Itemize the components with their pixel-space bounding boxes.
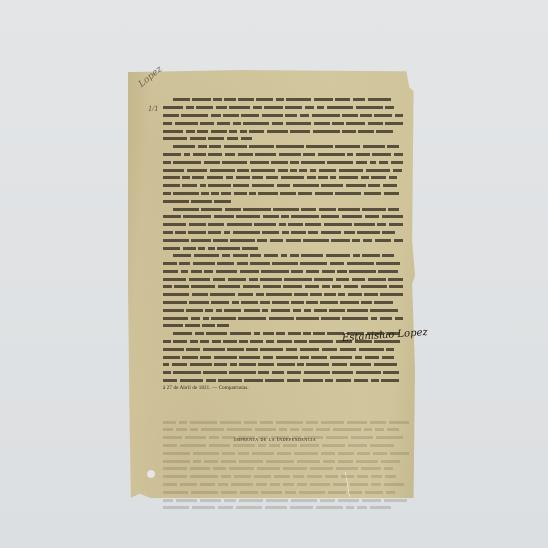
- paragraph: [163, 253, 409, 331]
- printer-imprint: Imprenta de la Independencia: [234, 437, 316, 443]
- closing-date-line: á 27 de Abril de 1821. — Compatriotas.: [163, 385, 409, 393]
- paragraph: [163, 206, 409, 253]
- show-through-text: [163, 419, 409, 513]
- paragraph: [163, 97, 409, 144]
- paper-damage-hole: [147, 470, 155, 478]
- document-body-text: á 27 de Abril de 1821. — Compatriotas.: [163, 97, 409, 513]
- handwritten-annotation-number: 1/1: [148, 104, 158, 113]
- paragraph: [163, 144, 409, 206]
